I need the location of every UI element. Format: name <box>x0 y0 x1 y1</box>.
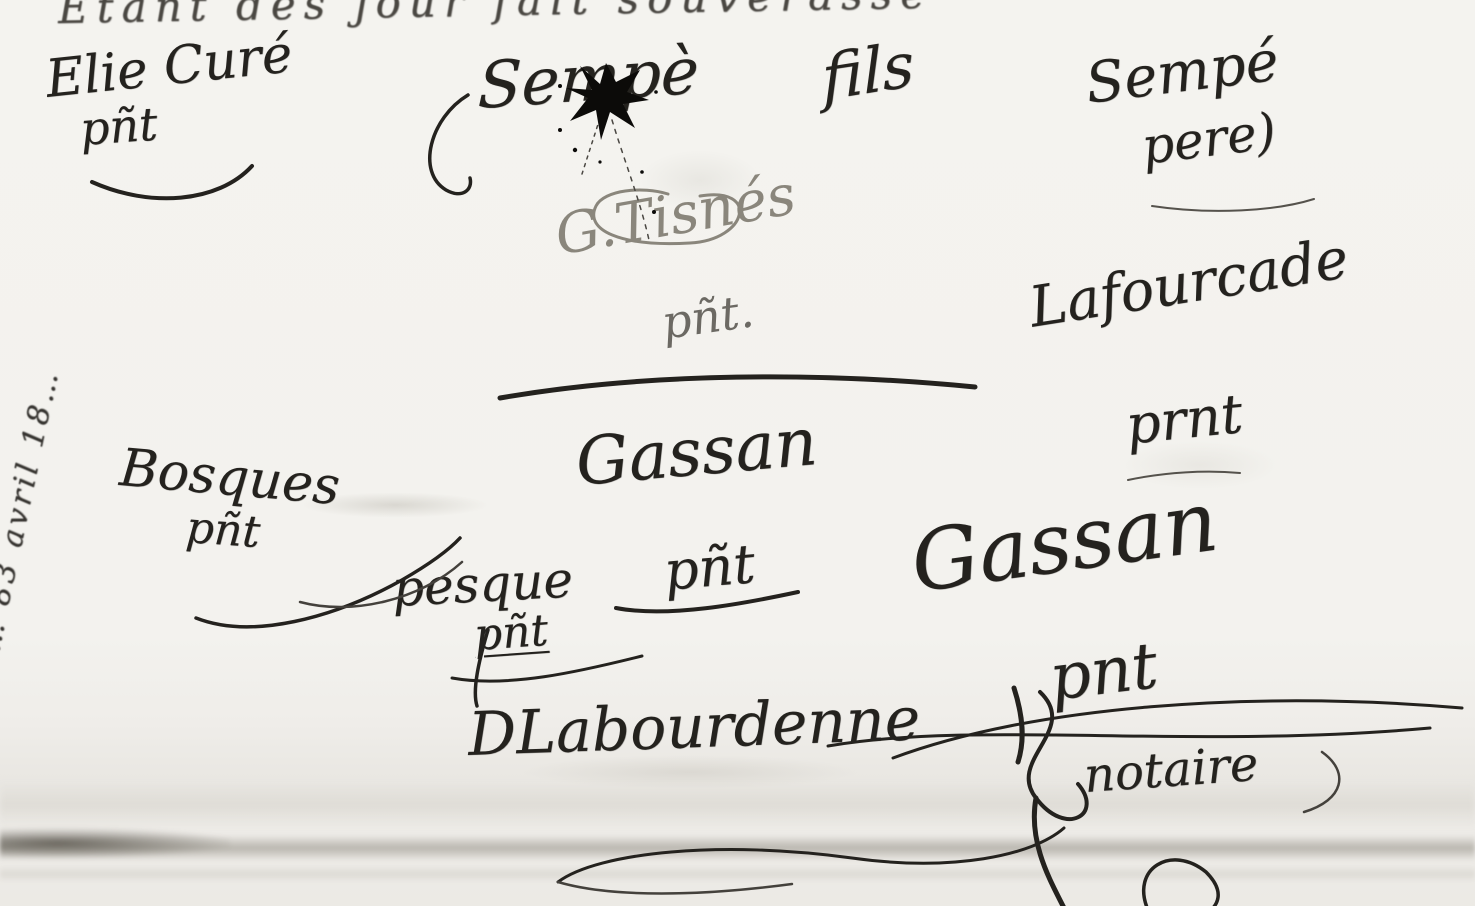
signature-lafourcade: Lafourcade <box>1025 226 1353 341</box>
flourish-paren-notaire <box>1304 752 1339 812</box>
gassan-right-descender <box>1014 688 1022 762</box>
signature-pesque: pesque <box>390 551 574 618</box>
flourish-bottom-loop <box>558 882 792 894</box>
signature-sempe-fils-qualifier: fils <box>820 27 916 115</box>
flourish-bottom-loop <box>558 828 1064 882</box>
signature-tisnes: G.Tisnés <box>550 162 800 268</box>
signature-pesque-qualifier: pñt <box>472 605 550 661</box>
signature-gassan-center: Gassan <box>573 403 820 501</box>
notary-title: notaire <box>1082 736 1260 804</box>
flourish-underline-tisnes <box>500 377 975 398</box>
ink-speck <box>573 148 577 152</box>
paper-crease-band <box>0 835 1475 861</box>
signature-lafourcade-qualifier: prnt <box>1123 382 1246 457</box>
signature-gassan-right: Gassan <box>905 472 1223 612</box>
signature-elie-cure-qualifier: pñt <box>78 97 159 156</box>
flourish-underline-elie <box>92 166 252 198</box>
signature-gassan-center-qualifier: pñt <box>661 532 757 603</box>
signature-sempe-pere-qualifier: pere) <box>1138 102 1279 176</box>
manuscript-page: Etant des jour fait souverasse … 83 avri… <box>0 0 1475 906</box>
header-line-fragment: Etant des jour fait souverasse <box>58 0 934 33</box>
notary-paraph <box>1034 798 1064 906</box>
signature-bosques-qualifier: pñt <box>184 502 262 558</box>
ink-speck <box>598 160 601 163</box>
ink-speck <box>558 128 562 132</box>
signature-notary: DLabourdenne <box>467 684 921 770</box>
signature-sempe-fils: Sempè <box>477 34 700 124</box>
margin-note-vertical: … 83 avril 18… <box>0 365 66 655</box>
paper-crease-dark-left <box>0 828 230 858</box>
ink-splatter-trail <box>582 118 600 174</box>
flourish-underline-sempe-pere <box>1152 199 1314 211</box>
signature-tisnes-qualifier: pñt. <box>658 283 757 349</box>
signature-gassan-right-qualifier: pnt <box>1045 629 1161 716</box>
ink-speck <box>640 170 644 174</box>
flourish-bottom-loop-2 <box>1144 860 1218 906</box>
paper-crease-band <box>0 866 1475 882</box>
flourish-swash-sempe-fils <box>430 95 471 194</box>
signature-elie-cure: Elie Curé <box>43 24 295 110</box>
